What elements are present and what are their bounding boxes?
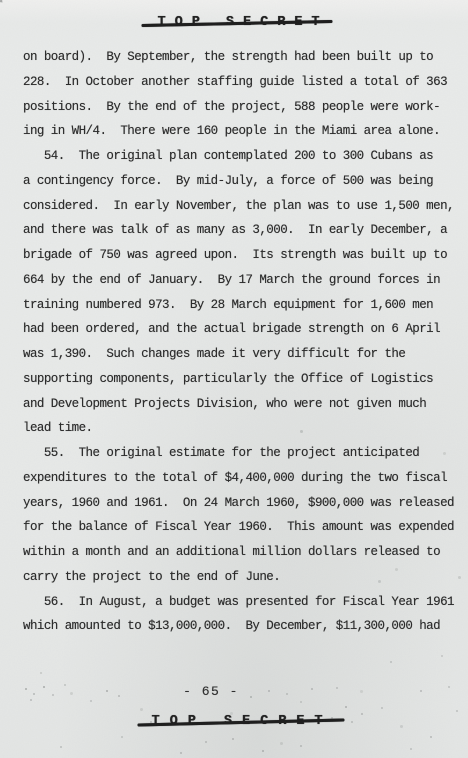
- text-line: for the balance of Fiscal Year 1960. Thi…: [23, 515, 456, 540]
- text-line: 56. In August, a budget was presented fo…: [23, 590, 456, 615]
- text-line: had been ordered, and the actual brigade…: [23, 317, 456, 342]
- page-number: - 65 -: [183, 684, 239, 699]
- classification-stamp-bottom: TOP SECRET: [151, 711, 332, 729]
- scan-speckle-noise-faint: [0, 0, 3, 3]
- text-line: and Development Projects Division, who w…: [23, 392, 456, 417]
- text-line: 54. The original plan contemplated 200 t…: [23, 144, 456, 169]
- text-line: carry the project to the end of June.: [23, 565, 456, 590]
- text-line: supporting components, particularly the …: [23, 367, 456, 392]
- text-line: a contingency force. By mid-July, a forc…: [23, 169, 456, 194]
- text-line: 55. The original estimate for the projec…: [23, 441, 456, 466]
- text-line: was 1,390. Such changes made it very dif…: [23, 342, 456, 367]
- text-line: training numbered 973. By 28 March equip…: [23, 293, 456, 318]
- text-line: which amounted to $13,000,000. By Decemb…: [23, 614, 456, 639]
- document-page: TOP SECRET on board). By September, the …: [0, 0, 468, 758]
- document-body-text: on board). By September, the strength ha…: [23, 45, 456, 639]
- text-line: within a month and an additional million…: [23, 540, 456, 565]
- text-line: brigade of 750 was agreed upon. Its stre…: [23, 243, 456, 268]
- text-line: and there was talk of as many as 3,000. …: [23, 218, 456, 243]
- text-line: on board). By September, the strength ha…: [23, 45, 456, 70]
- text-line: positions. By the end of the project, 58…: [23, 95, 456, 120]
- text-line: lead time.: [23, 416, 456, 441]
- text-line: 228. In October another staffing guide l…: [23, 70, 456, 95]
- text-line: 664 by the end of January. By 17 March t…: [23, 268, 456, 293]
- text-line: expenditures to the total of $4,400,000 …: [23, 466, 456, 491]
- classification-stamp-top: TOP SECRET: [157, 12, 328, 30]
- text-line: years, 1960 and 1961. On 24 March 1960, …: [23, 491, 456, 516]
- text-line: considered. In early November, the plan …: [23, 194, 456, 219]
- text-line: ing in WH/4. There were 160 people in th…: [23, 119, 456, 144]
